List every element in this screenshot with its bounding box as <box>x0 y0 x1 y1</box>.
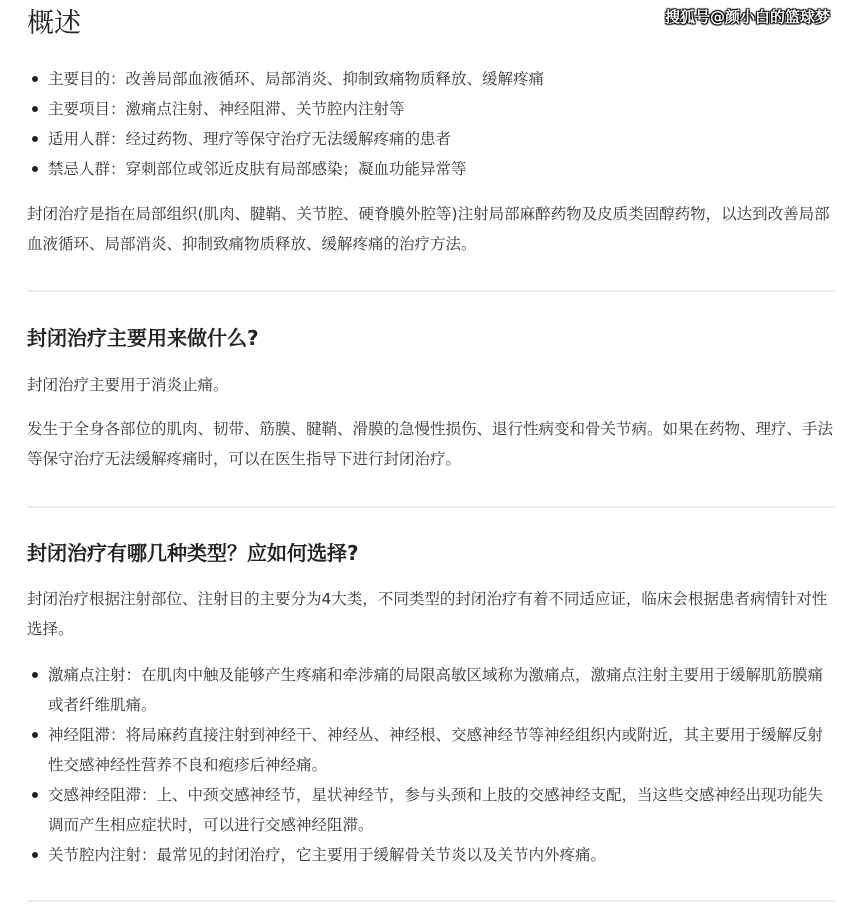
list-item: 主要目的：改善局部血液循环、局部消炎、抑制致痛物质释放、缓解疼痛 <box>27 64 835 94</box>
list-item: 交感神经阻滞：上、中颈交感神经节，星状神经节，参与头颈和上肢的交感神经支配，当这… <box>27 780 835 840</box>
paragraph: 封闭治疗主要用于消炎止痛。 <box>27 370 835 400</box>
list-item: 主要项目：激痛点注射、神经阻滞、关节腔内注射等 <box>27 94 835 124</box>
list-item: 适用人群：经过药物、理疗等保守治疗无法缓解疼痛的患者 <box>27 124 835 154</box>
overview-title: 概述 <box>27 4 81 44</box>
types-list: 激痛点注射：在肌肉中触及能够产生疼痛和牵涉痛的局限高敏区域称为激痛点，激痛点注射… <box>27 660 835 870</box>
list-item: 激痛点注射：在肌肉中触及能够产生疼痛和牵涉痛的局限高敏区域称为激痛点，激痛点注射… <box>27 660 835 720</box>
section-uses-paragraph-1: 封闭治疗主要用于消炎止痛。 <box>27 370 835 400</box>
section-types-title: 封闭治疗有哪几种类型？应如何选择? <box>27 538 359 568</box>
overview-intro-text: 封闭治疗是指在局部组织(肌肉、腱鞘、关节腔、硬脊膜外腔等)注射局部麻醉药物及皮质… <box>27 199 835 259</box>
section-types-intro: 封闭治疗根据注射部位、注射目的主要分为4大类，不同类型的封闭治疗有着不同适应证，… <box>27 584 835 644</box>
paragraph: 发生于全身各部位的肌肉、韧带、筋膜、腱鞘、滑膜的急慢性损伤、退行性病变和骨关节病… <box>27 414 835 474</box>
list-item: 神经阻滞：将局麻药直接注射到神经干、神经丛、神经根、交感神经节等神经组织内或附近… <box>27 720 835 780</box>
overview-summary-list: 主要目的：改善局部血液循环、局部消炎、抑制致痛物质释放、缓解疼痛 主要项目：激痛… <box>27 64 835 184</box>
list-item: 禁忌人群：穿刺部位或邻近皮肤有局部感染；凝血功能异常等 <box>27 154 835 184</box>
section-uses-paragraph-2: 发生于全身各部位的肌肉、韧带、筋膜、腱鞘、滑膜的急慢性损伤、退行性病变和骨关节病… <box>27 414 835 474</box>
section-divider <box>27 290 835 292</box>
overview-intro: 封闭治疗是指在局部组织(肌肉、腱鞘、关节腔、硬脊膜外腔等)注射局部麻醉药物及皮质… <box>27 199 835 259</box>
watermark: 搜狐号@颜小白的篮球梦 <box>665 6 830 27</box>
paragraph: 封闭治疗根据注射部位、注射目的主要分为4大类，不同类型的封闭治疗有着不同适应证，… <box>27 584 835 644</box>
list-item: 关节腔内注射：最常见的封闭治疗，它主要用于缓解骨关节炎以及关节内外疼痛。 <box>27 840 835 870</box>
section-divider <box>27 506 835 508</box>
section-uses-title: 封闭治疗主要用来做什么? <box>27 323 259 353</box>
section-divider <box>27 900 835 902</box>
